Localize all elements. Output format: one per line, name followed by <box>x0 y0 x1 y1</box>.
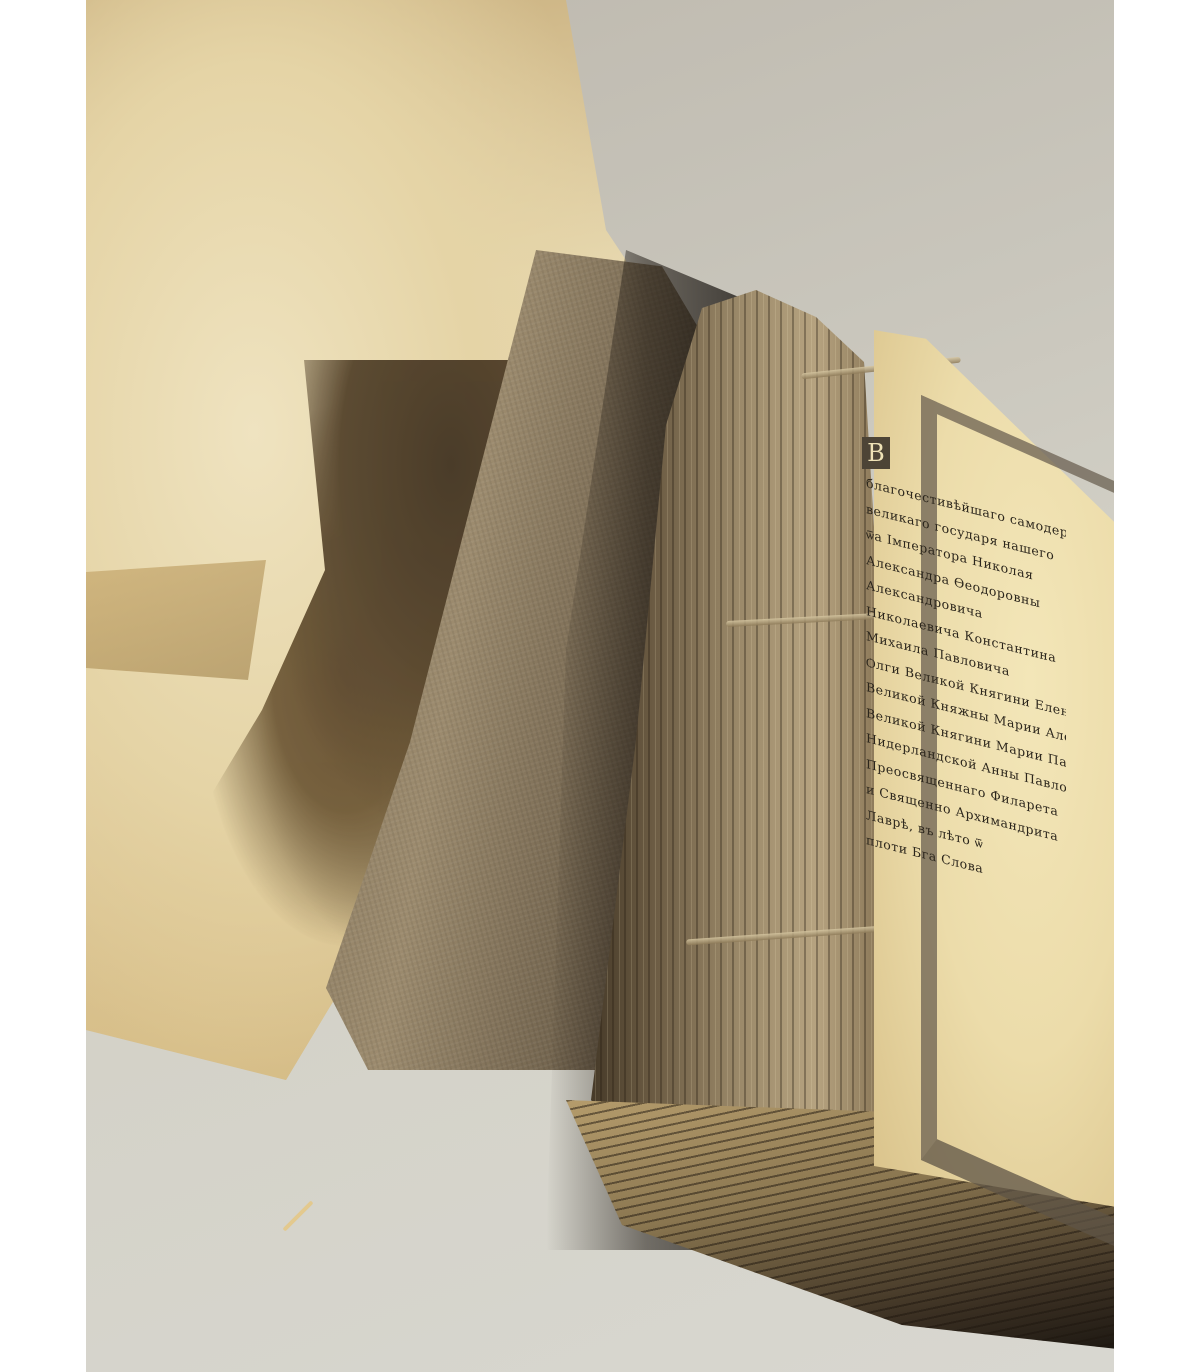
decorated-initial: В <box>862 437 890 469</box>
straw-fragment <box>282 1200 313 1231</box>
page-body-text: благочестивѣйшаго самодержавнѣйшаго вели… <box>866 470 1066 902</box>
cover-patch <box>86 560 266 680</box>
